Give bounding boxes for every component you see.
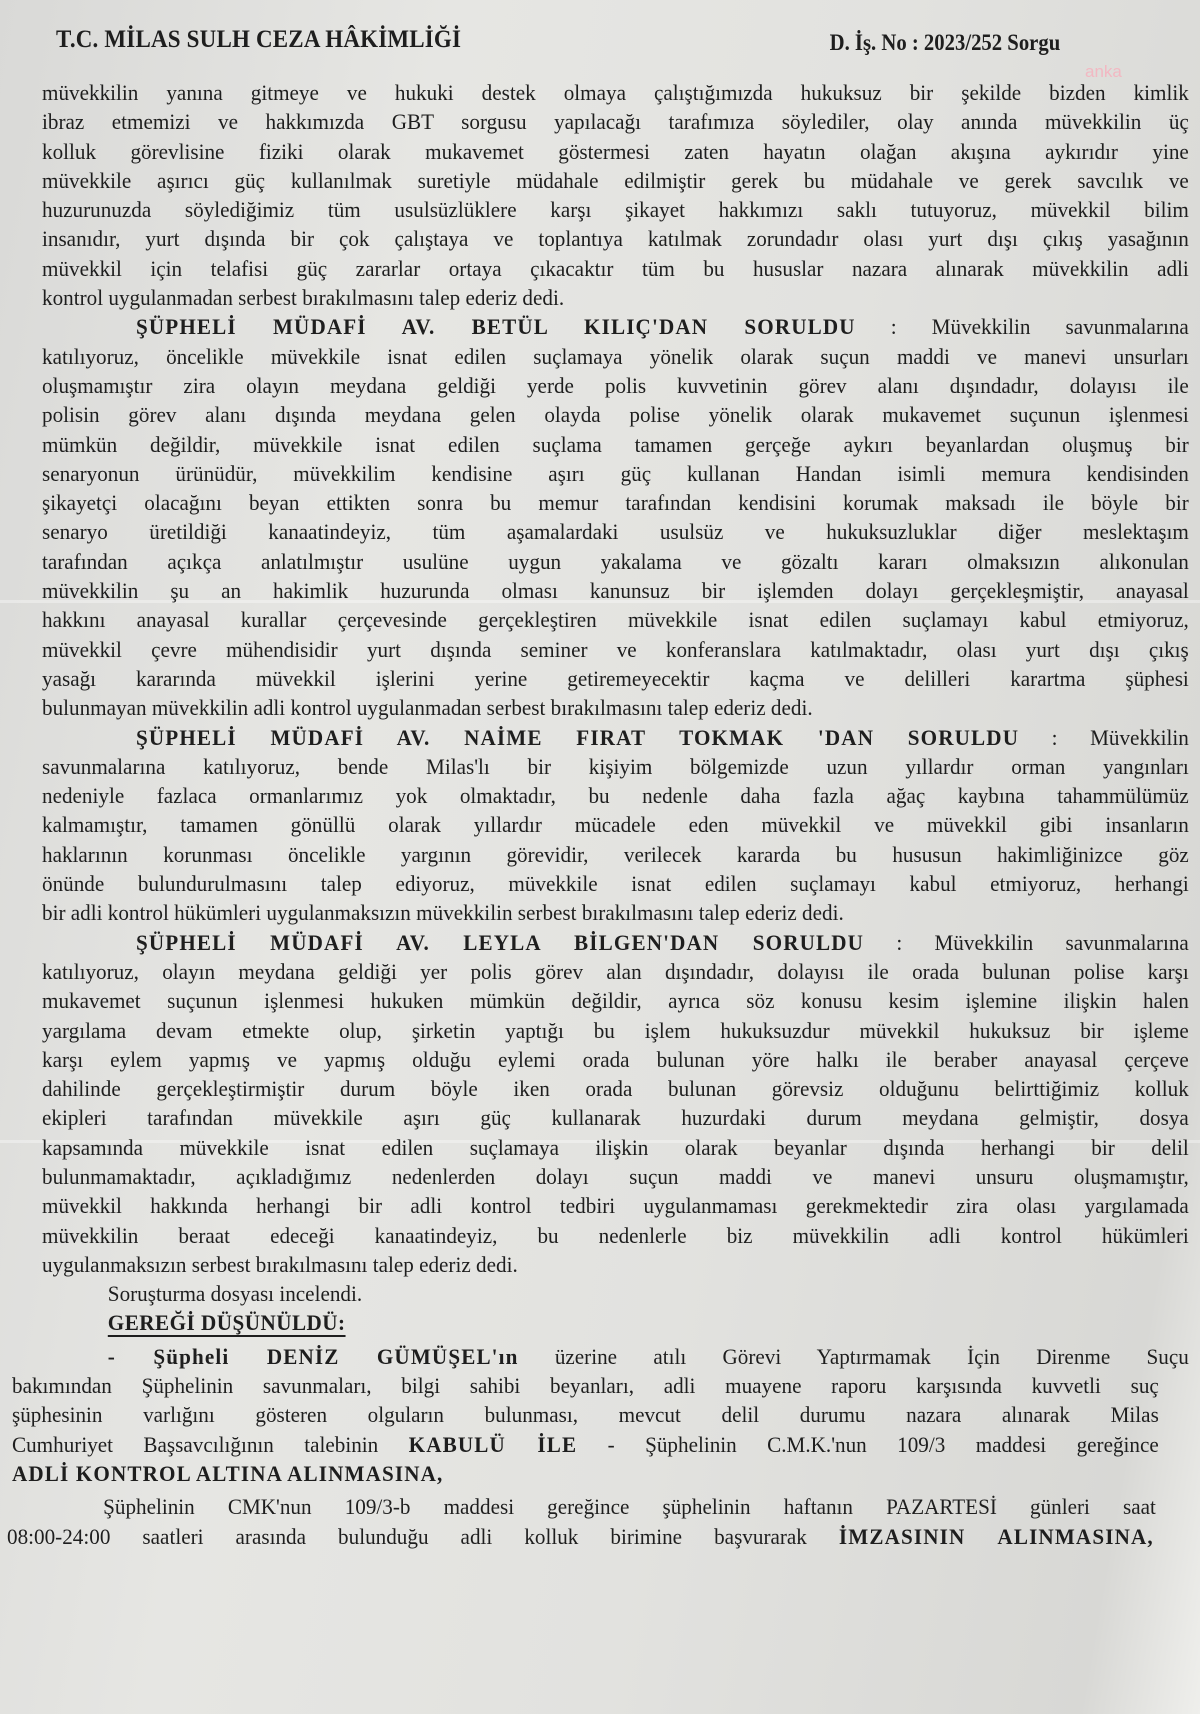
text: Cumhuriyet Başsavcılığının talebinin (12, 1432, 409, 1457)
text-line: müvekkil için telafisi güç zararlar orta… (42, 254, 1189, 283)
text-line: savunmalarına katılıyoruz, bende Milas'l… (42, 752, 1189, 781)
text: : Müvekkilin savunmalarına (856, 314, 1189, 339)
text-line: senaryo üretildiği kanaatindeyiz, tüm aş… (42, 517, 1189, 546)
text: : Müvekkilin (1019, 725, 1189, 750)
decision-line: Cumhuriyet Başsavcılığının talebinin KAB… (12, 1430, 1159, 1459)
document-header: T.C. MİLAS SULH CEZA HÂKİMLİĞİ D. İş. No… (56, 22, 1060, 62)
paragraph-3: savunmalarına katılıyoruz, bende Milas'l… (42, 752, 1192, 928)
paragraph-4: katılıyoruz, olayın meydana geldiği yer … (42, 957, 1192, 1279)
text-line: mümkün değildir, müvekkile isnat edilen … (42, 430, 1189, 459)
section-naime-firat-tokmak: ŞÜPHELİ MÜDAFİ AV. NAİME FIRAT TOKMAK 'D… (42, 723, 1189, 752)
text-line: nedeniyle fazlaca ormanlarımız yok olmak… (42, 781, 1189, 810)
text-line: bir adli kontrol hükümleri uygulanmaksız… (42, 898, 1189, 927)
document-body: müvekkilin yanına gitmeye ve hukuki dest… (42, 78, 1192, 1551)
text-line: katılıyoruz, olayın meydana geldiği yer … (42, 957, 1189, 986)
text-line: uygulanmaksızın serbest bırakılmasını ta… (42, 1250, 1189, 1279)
text-line: müvekkil çevre mühendisidir yurt dışında… (42, 635, 1189, 664)
case-number: D. İş. No : 2023/252 Sorgu (829, 30, 1060, 56)
text-line: haklarının korunması öncelikle yargının … (42, 840, 1189, 869)
text-line: polisin görev alanı dışında meydana gele… (42, 400, 1189, 429)
text-line: şikayetçi olacağını beyan ettikten sonra… (42, 488, 1189, 517)
text-line: ibraz etmemizi ve hakkımızda GBT sorgusu… (42, 107, 1189, 136)
text-line: kalmamıştır, tamamen gönüllü olarak yıll… (42, 810, 1189, 839)
text-line: kolluk görevlisine fiziki olarak mukavem… (42, 137, 1189, 166)
text: 08:00-24:00 saatleri arasında bulunduğu … (7, 1524, 839, 1549)
text-line: bulunmayan müvekkilin adli kontrol uygul… (42, 693, 1189, 722)
text-line: şüphesinin varlığını gösteren olguların … (12, 1400, 1159, 1429)
text-line: katılıyoruz, öncelikle müvekkile isnat e… (42, 342, 1189, 371)
text-line: dahilinde gerçekleştirmiştir durum böyle… (42, 1074, 1189, 1103)
text: : Müvekkilin savunmalarına (864, 930, 1189, 955)
text-line: kapsamında müvekkile isnat edilen suçlam… (42, 1133, 1189, 1162)
bold-text: KABULÜ İLE (409, 1432, 578, 1457)
text: - Şüphelinin C.M.K.'nun 109/3 maddesi ge… (577, 1432, 1159, 1457)
decision-heading: GEREĞİ DÜŞÜNÜLDÜ: (42, 1308, 1189, 1337)
section-heading: ŞÜPHELİ MÜDAFİ AV. LEYLA BİLGEN'DAN SORU… (136, 930, 864, 955)
paragraph-2: katılıyoruz, öncelikle müvekkile isnat e… (42, 342, 1192, 723)
section-heading: ŞÜPHELİ MÜDAFİ AV. BETÜL KILIÇ'DAN SORUL… (136, 314, 856, 339)
text-line: senaryonun ürünüdür, müvekkilim kendisin… (42, 459, 1189, 488)
bold-text: İMZASININ ALINMASINA, (839, 1524, 1154, 1549)
text-line: ekipleri tarafından müvekkile aşırı güç … (42, 1103, 1189, 1132)
decision-line: - Şüpheli DENİZ GÜMÜŞEL'ın üzerine atılı… (42, 1342, 1189, 1371)
text-line: huzurunuzda söylediğimiz tüm usulsüzlükl… (42, 195, 1189, 224)
document-page: T.C. MİLAS SULH CEZA HÂKİMLİĞİ D. İş. No… (0, 0, 1200, 1714)
section-betul-kilic: ŞÜPHELİ MÜDAFİ AV. BETÜL KILIÇ'DAN SORUL… (42, 312, 1189, 341)
decision-line: 08:00-24:00 saatleri arasında bulunduğu … (7, 1522, 1154, 1551)
text-line: kontrol uygulanmadan serbest bırakılması… (42, 283, 1189, 312)
reviewed-line: Soruşturma dosyası incelendi. (42, 1279, 1189, 1308)
text-line: insanıdır, yurt dışında bir çok çalıştay… (42, 224, 1189, 253)
text-line: önünde bulundurulmasını talep ediyoruz, … (42, 869, 1189, 898)
text-line: tarafından açıkça anlatılmıştır usulüne … (42, 547, 1189, 576)
paragraph-1: müvekkilin yanına gitmeye ve hukuki dest… (42, 78, 1192, 312)
text-line: müvekkil hakkında herhangi bir adli kont… (42, 1191, 1189, 1220)
decision-paragraph: bakımından Şüphelinin savunmaları, bilgi… (12, 1371, 1192, 1430)
text-line: yasağı kararında müvekkil işlerini yerin… (42, 664, 1189, 693)
section-heading: ŞÜPHELİ MÜDAFİ AV. NAİME FIRAT TOKMAK 'D… (136, 725, 1019, 750)
text-line: müvekkilin yanına gitmeye ve hukuki dest… (42, 78, 1189, 107)
text-line: müvekkile aşırıcı güç kullanılmak sureti… (42, 166, 1189, 195)
text-line: müvekkilin beraat edeceği kanaatindeyiz,… (42, 1221, 1189, 1250)
court-name: T.C. MİLAS SULH CEZA HÂKİMLİĞİ (56, 26, 461, 54)
text-line: bakımından Şüphelinin savunmaları, bilgi… (12, 1371, 1159, 1400)
text-line: mukavemet suçunun işlenmesi hukuken mümk… (42, 986, 1189, 1015)
suspect-name: - Şüpheli DENİZ GÜMÜŞEL'ın (108, 1344, 519, 1369)
text: üzerine atılı Görevi Yaptırmamak İçin Di… (519, 1344, 1189, 1369)
decision-heading-text: GEREĞİ DÜŞÜNÜLDÜ: (108, 1310, 346, 1335)
decision-line: Şüphelinin CMK'nun 109/3-b maddesi gereğ… (42, 1492, 1156, 1521)
text-line: karşı eylem yapmış ve yapmış olduğu eyle… (42, 1045, 1189, 1074)
text-line: yargılama devam etmekte olup, şirketin y… (42, 1016, 1189, 1045)
decision-ruling: ADLİ KONTROL ALTINA ALINMASINA, (12, 1459, 1159, 1488)
section-leyla-bilgen: ŞÜPHELİ MÜDAFİ AV. LEYLA BİLGEN'DAN SORU… (42, 928, 1189, 957)
text-line: müvekkilin şu an hakimlik huzurunda olma… (42, 576, 1189, 605)
text-line: bulunmamaktadır, açıkladığımız nedenlerd… (42, 1162, 1189, 1191)
text-line: hakkını anayasal kurallar çerçevesinde g… (42, 605, 1189, 634)
text-line: oluşmamıştır zira olayın meydana geldiği… (42, 371, 1189, 400)
